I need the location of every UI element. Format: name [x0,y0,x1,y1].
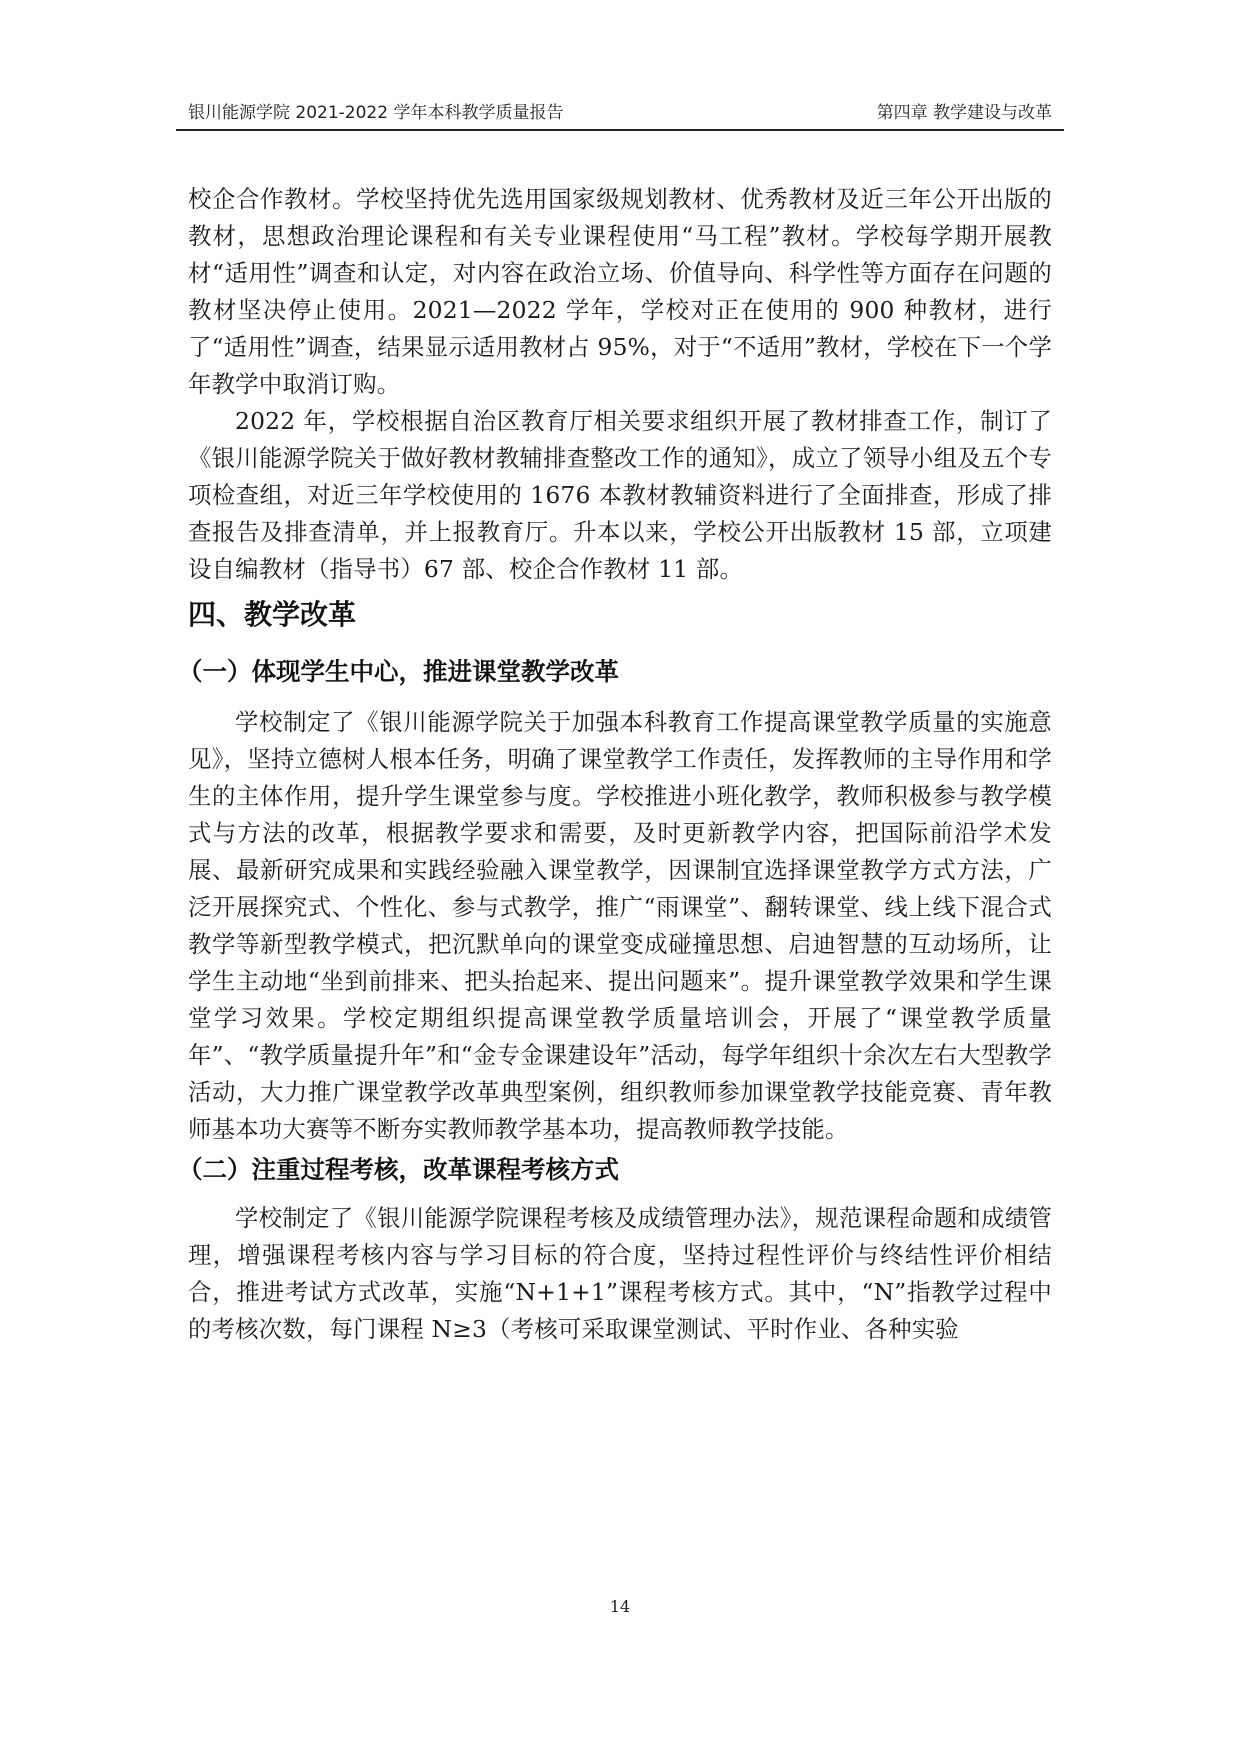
paragraph-textbook-inspection: 2022 年，学校根据自治区教育厅相关要求组织开展了教材排查工作，制订了《银川能… [188,403,1052,588]
report-title: 银川能源学院 2021-2022 学年本科教学质量报告 [188,102,563,124]
paragraph-classroom-reform: 学校制定了《银川能源学院关于加强本科教育工作提高课堂教学质量的实施意见》，坚持立… [188,704,1052,1148]
subsection-heading-process-assessment: （二）注重过程考核，改革课程考核方式 [178,1148,1052,1200]
paragraph-assessment-reform: 学校制定了《银川能源学院课程考核及成绩管理办法》，规范课程命题和成绩管理，增强课… [188,1200,1052,1348]
page-header: 银川能源学院 2021-2022 学年本科教学质量报告 第四章 教学建设与改革 [176,100,1064,131]
paragraph-textbook-selection: 校企合作教材。学校坚持优先选用国家级规划教材、优秀教材及近三年公开出版的教材，思… [188,181,1052,403]
page-number: 14 [0,1597,1240,1616]
page-content: 校企合作教材。学校坚持优先选用国家级规划教材、优秀教材及近三年公开出版的教材，思… [188,181,1052,1348]
chapter-title: 第四章 教学建设与改革 [877,102,1052,124]
section-heading-teaching-reform: 四、教学改革 [188,588,1052,642]
subsection-heading-student-centered: （一）体现学生中心，推进课堂教学改革 [178,642,1052,704]
